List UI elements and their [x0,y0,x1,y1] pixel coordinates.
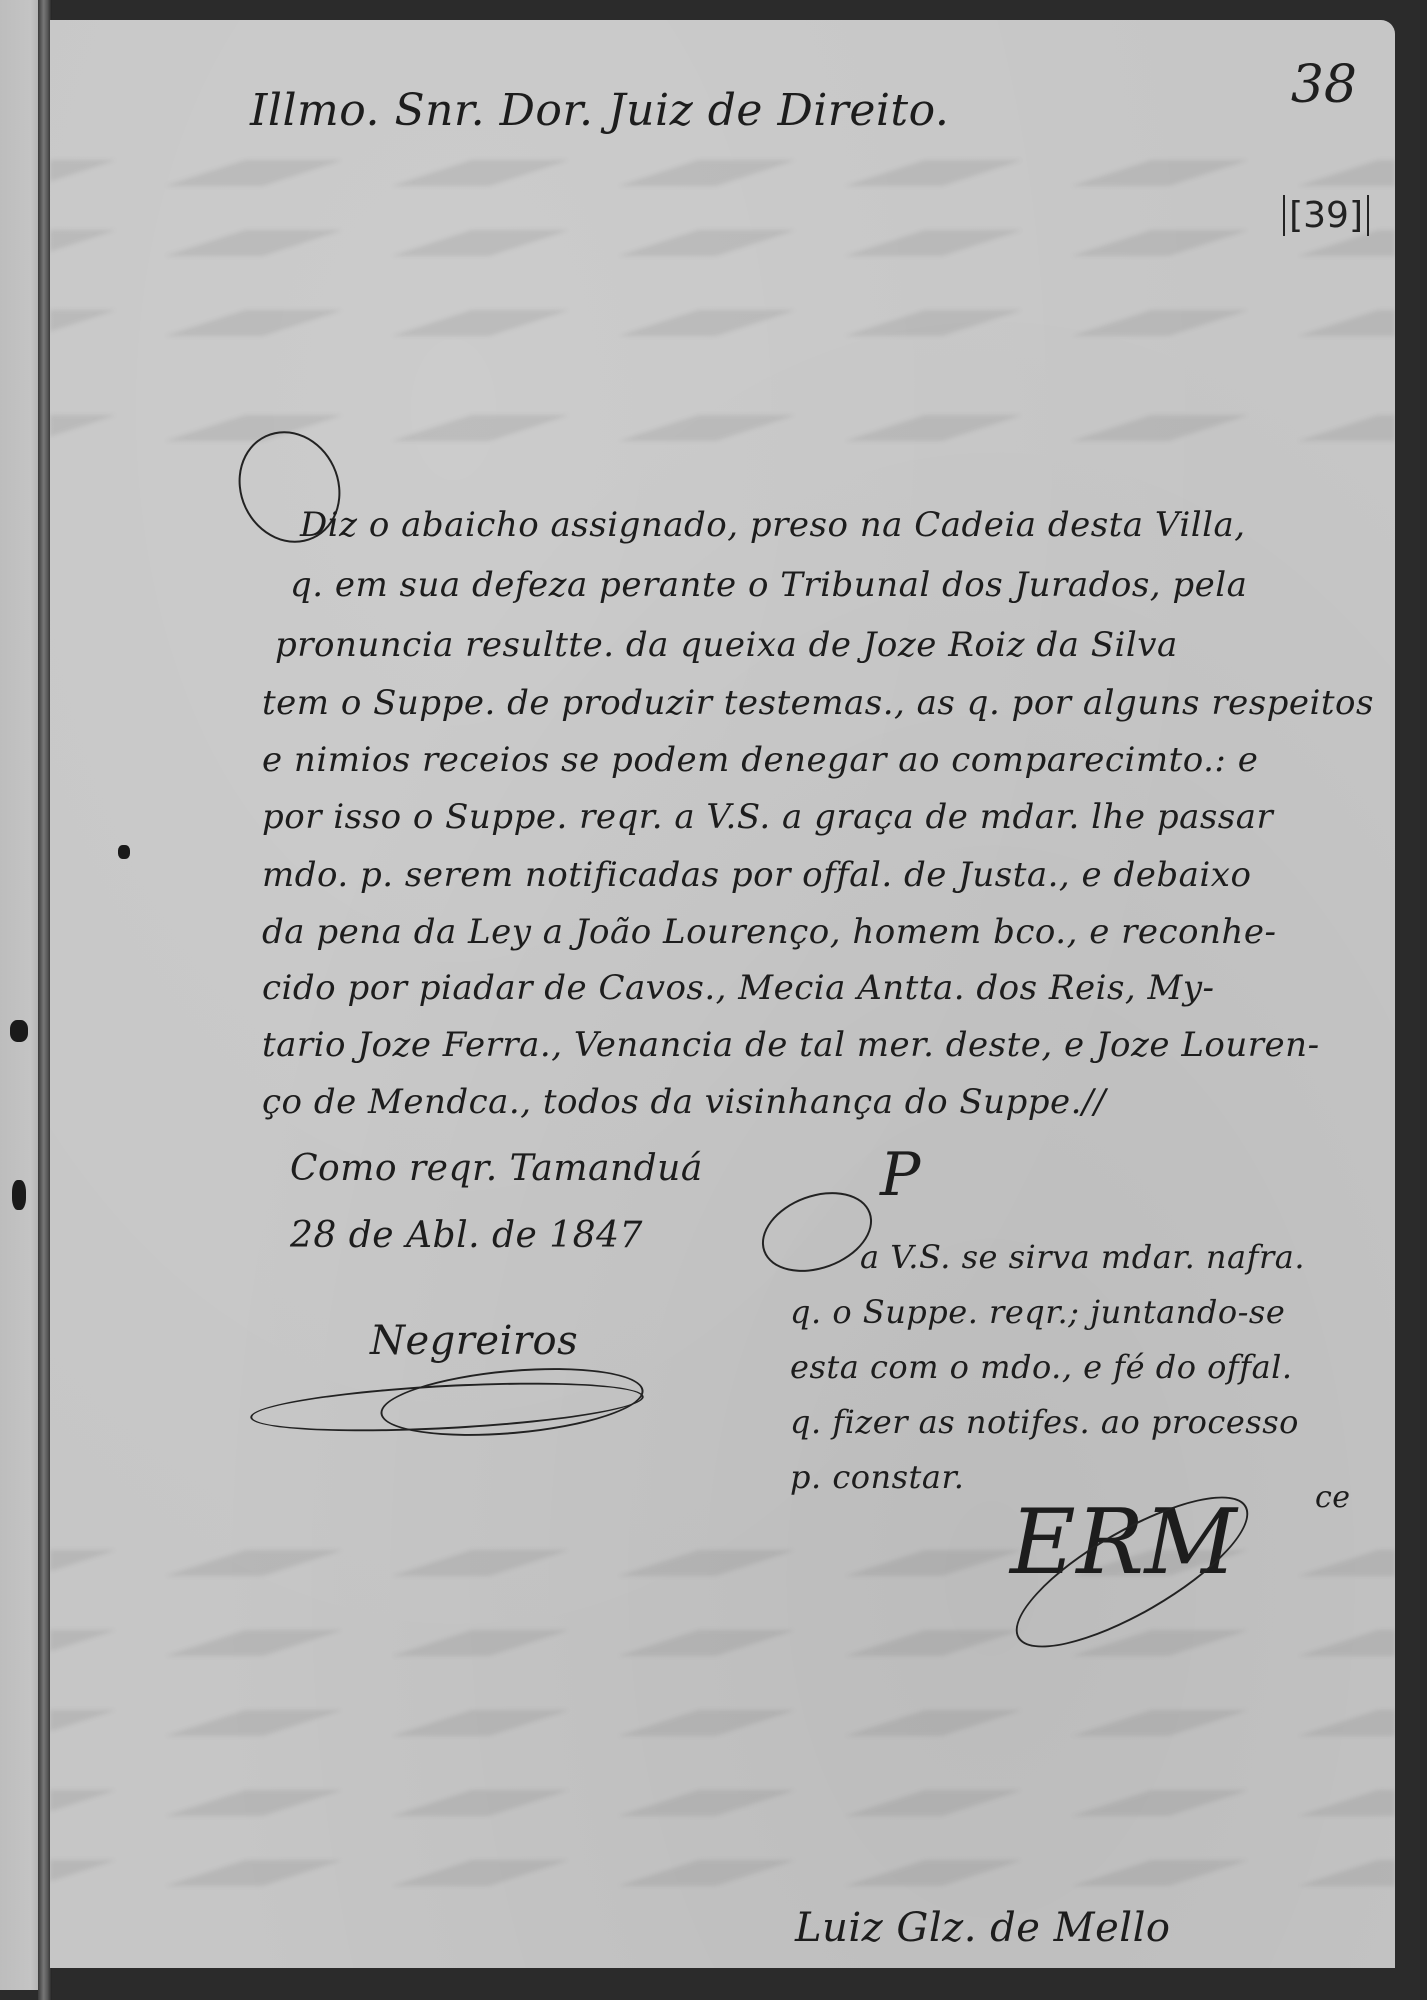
date-line: 28 de Abl. de 1847 [290,1215,643,1256]
petition-line: cido por piadar de Cavos., Mecia Antta. … [262,968,1215,1008]
despacho-line: q. o Suppe. reqr.; juntando-se [790,1293,1285,1331]
ink-blot [12,1180,26,1210]
petition-line: da pena da Ley a João Lourenço, homem bc… [262,912,1276,952]
place-line: Como reqr. Tamanduá [290,1148,703,1189]
bleed-through [50,1630,1395,1656]
scanned-document: Illmo. Snr. Dor. Juiz de Direito. 38 [39… [0,0,1427,2000]
despacho-line: esta com o mdo., e fé do offal. [790,1348,1293,1386]
bleed-through [50,1790,1395,1816]
bleed-through [50,1710,1395,1736]
petition-line: mdo. p. serem notificadas por offal. de … [262,855,1251,895]
despacho-marker: P [880,1140,921,1210]
bleed-through [50,230,1395,256]
bleed-through [50,310,1395,336]
ink-blot [118,845,130,859]
archive-page-stamp: [39] [1283,195,1369,236]
petition-line: q. em sua defeza perante o Tribunal dos … [290,565,1247,605]
petition-line: por isso o Suppe. reqr. a V.S. a graça d… [262,797,1273,837]
petitioner-signature: Negreiros [370,1318,578,1364]
judge-rubric-superscript: ce [1315,1480,1351,1515]
petition-line: e nimios receios se podem denegar ao com… [262,740,1258,780]
despacho-line: q. fizer as notifes. ao processo [790,1403,1299,1441]
bleed-through [50,160,1395,186]
bleed-through [50,415,1395,441]
footer-signature: Luiz Glz. de Mello [795,1905,1170,1951]
petition-line: tario Joze Ferra., Venancia de tal mer. … [262,1025,1320,1065]
salutation: Illmo. Snr. Dor. Juiz de Direito. [250,85,949,136]
petition-line: ço de Mendca., todos da visinhança do Su… [262,1082,1106,1122]
folio-number: 38 [1291,55,1357,115]
despacho-line: p. constar. [790,1458,964,1496]
despacho-line: a V.S. se sirva mdar. nafra. [860,1238,1305,1276]
petition-line: tem o Suppe. de produzir testemas., as q… [262,683,1374,723]
ink-blot [10,1020,28,1042]
bleed-through [50,1860,1395,1886]
petition-line: Diz o abaicho assignado, preso na Cadeia… [300,505,1246,545]
petition-line: pronuncia resultte. da queixa de Joze Ro… [275,625,1178,665]
